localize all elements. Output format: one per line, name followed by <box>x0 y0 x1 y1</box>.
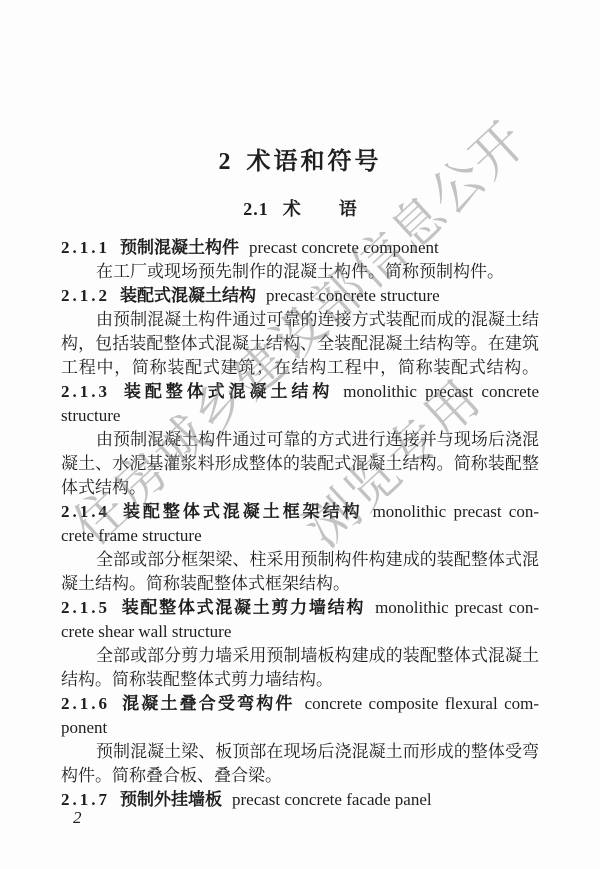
text-line: structure <box>61 404 539 428</box>
text-line: crete shear wall structure <box>61 620 539 644</box>
segment-num: 2.1.2 <box>61 286 110 305</box>
text-line: 2.1.4装配整体式混凝土框架结构monolithic precast con- <box>61 500 539 524</box>
segment-body: 由预制混凝土构件通过可靠的连接方式装配而成的混凝土结 <box>96 310 539 329</box>
chapter-title: 2术语和符号 <box>61 141 539 176</box>
section-heading-char2: 语 <box>339 199 357 219</box>
segment-term: 预制外挂墙板 <box>120 790 222 809</box>
segment-body: 体式结构。 <box>61 478 146 497</box>
segment-en: monolithic precast concrete <box>343 382 539 401</box>
segment-term: 装配式混凝土结构 <box>120 286 256 305</box>
segment-num: 2.1.7 <box>61 790 110 809</box>
terms-content: 2.1.1预制混凝土构件precast concrete component在工… <box>61 236 539 812</box>
segment-term: 装配整体式混凝土框架结构 <box>120 502 363 521</box>
text-line: 全部或部分框架梁、柱采用预制构件构建成的装配整体式混 <box>61 548 539 572</box>
text-line: 预制混凝土梁、板顶部在现场后浇混凝土而形成的整体受弯 <box>61 740 539 764</box>
text-line: 构件。简称叠合板、叠合梁。 <box>61 764 539 788</box>
text-line: 工程中，简称装配式建筑；在结构工程中，简称装配式结构。 <box>61 356 539 380</box>
segment-body: 在工厂或现场预先制作的混凝土构件。简称预制构件。 <box>96 262 504 281</box>
section-heading: 2.1术语 <box>61 195 539 221</box>
segment-term: 预制混凝土构件 <box>120 238 239 257</box>
text-line: 由预制混凝土构件通过可靠的连接方式装配而成的混凝土结 <box>61 308 539 332</box>
text-line: ponent <box>61 716 539 740</box>
segment-body: 工程中，简称装配式建筑；在结构工程中，简称装配式结构。 <box>61 358 539 377</box>
text-line: crete frame structure <box>61 524 539 548</box>
section-number: 2.1 <box>243 199 269 219</box>
segment-num: 2.1.6 <box>61 694 110 713</box>
segment-num: 2.1.1 <box>61 238 110 257</box>
text-line: 2.1.2装配式混凝土结构precast concrete structure <box>61 284 539 308</box>
page-number: 2 <box>73 808 82 828</box>
text-line: 凝土结构。简称装配整体式框架结构。 <box>61 572 539 596</box>
document-page: 2术语和符号 2.1术语 2.1.1预制混凝土构件precast concret… <box>0 0 600 869</box>
chapter-title-text: 术语和符号 <box>247 148 382 175</box>
segment-en: ponent <box>61 718 107 737</box>
section-heading-char1: 术 <box>283 199 301 219</box>
text-line: 2.1.1预制混凝土构件precast concrete component <box>61 236 539 260</box>
segment-term: 装配整体式混凝土剪力墙结构 <box>120 598 365 617</box>
text-line: 凝土、水泥基灌浆料形成整体的装配式混凝土结构。简称装配整 <box>61 452 539 476</box>
segment-num: 2.1.3 <box>61 382 110 401</box>
text-line: 构，包括装配整体式混凝土结构、全装配混凝土结构等。在建筑 <box>61 332 539 356</box>
text-line: 在工厂或现场预先制作的混凝土构件。简称预制构件。 <box>61 260 539 284</box>
segment-en: crete frame structure <box>61 526 202 545</box>
segment-en: structure <box>61 406 120 425</box>
segment-body: 预制混凝土梁、板顶部在现场后浇混凝土而形成的整体受弯 <box>96 742 539 761</box>
segment-term: 装配整体式混凝土结构 <box>120 382 333 401</box>
segment-body: 凝土结构。简称装配整体式框架结构。 <box>61 574 350 593</box>
segment-num: 2.1.5 <box>61 598 110 617</box>
segment-body: 构，包括装配整体式混凝土结构、全装配混凝土结构等。在建筑 <box>61 334 539 353</box>
text-line: 体式结构。 <box>61 476 539 500</box>
segment-en: crete shear wall structure <box>61 622 231 641</box>
chapter-number: 2 <box>219 149 231 175</box>
segment-body: 结构。简称装配整体式剪力墙结构。 <box>61 670 333 689</box>
text-line: 全部或部分剪力墙采用预制墙板构建成的装配整体式混凝土 <box>61 644 539 668</box>
text-line: 2.1.7预制外挂墙板precast concrete facade panel <box>61 788 539 812</box>
segment-en: concrete composite flexural com- <box>305 694 539 713</box>
text-line: 2.1.5装配整体式混凝土剪力墙结构monolithic precast con… <box>61 596 539 620</box>
text-line: 由预制混凝土构件通过可靠的方式进行连接并与现场后浇混 <box>61 428 539 452</box>
text-line: 2.1.3装配整体式混凝土结构monolithic precast concre… <box>61 380 539 404</box>
segment-en: monolithic precast con- <box>373 502 539 521</box>
segment-body: 全部或部分框架梁、柱采用预制构件构建成的装配整体式混 <box>96 550 539 569</box>
segment-en: precast concrete structure <box>266 286 440 305</box>
segment-en: precast concrete facade panel <box>232 790 432 809</box>
segment-en: monolithic precast con- <box>375 598 539 617</box>
text-line: 结构。简称装配整体式剪力墙结构。 <box>61 668 539 692</box>
segment-body: 构件。简称叠合板、叠合梁。 <box>61 766 282 785</box>
segment-term: 混凝土叠合受弯构件 <box>120 694 295 713</box>
segment-en: precast concrete component <box>249 238 439 257</box>
segment-body: 全部或部分剪力墙采用预制墙板构建成的装配整体式混凝土 <box>96 646 539 665</box>
segment-body: 由预制混凝土构件通过可靠的方式进行连接并与现场后浇混 <box>96 430 539 449</box>
segment-body: 凝土、水泥基灌浆料形成整体的装配式混凝土结构。简称装配整 <box>61 454 539 473</box>
text-line: 2.1.6混凝土叠合受弯构件concrete composite flexura… <box>61 692 539 716</box>
segment-num: 2.1.4 <box>61 502 110 521</box>
